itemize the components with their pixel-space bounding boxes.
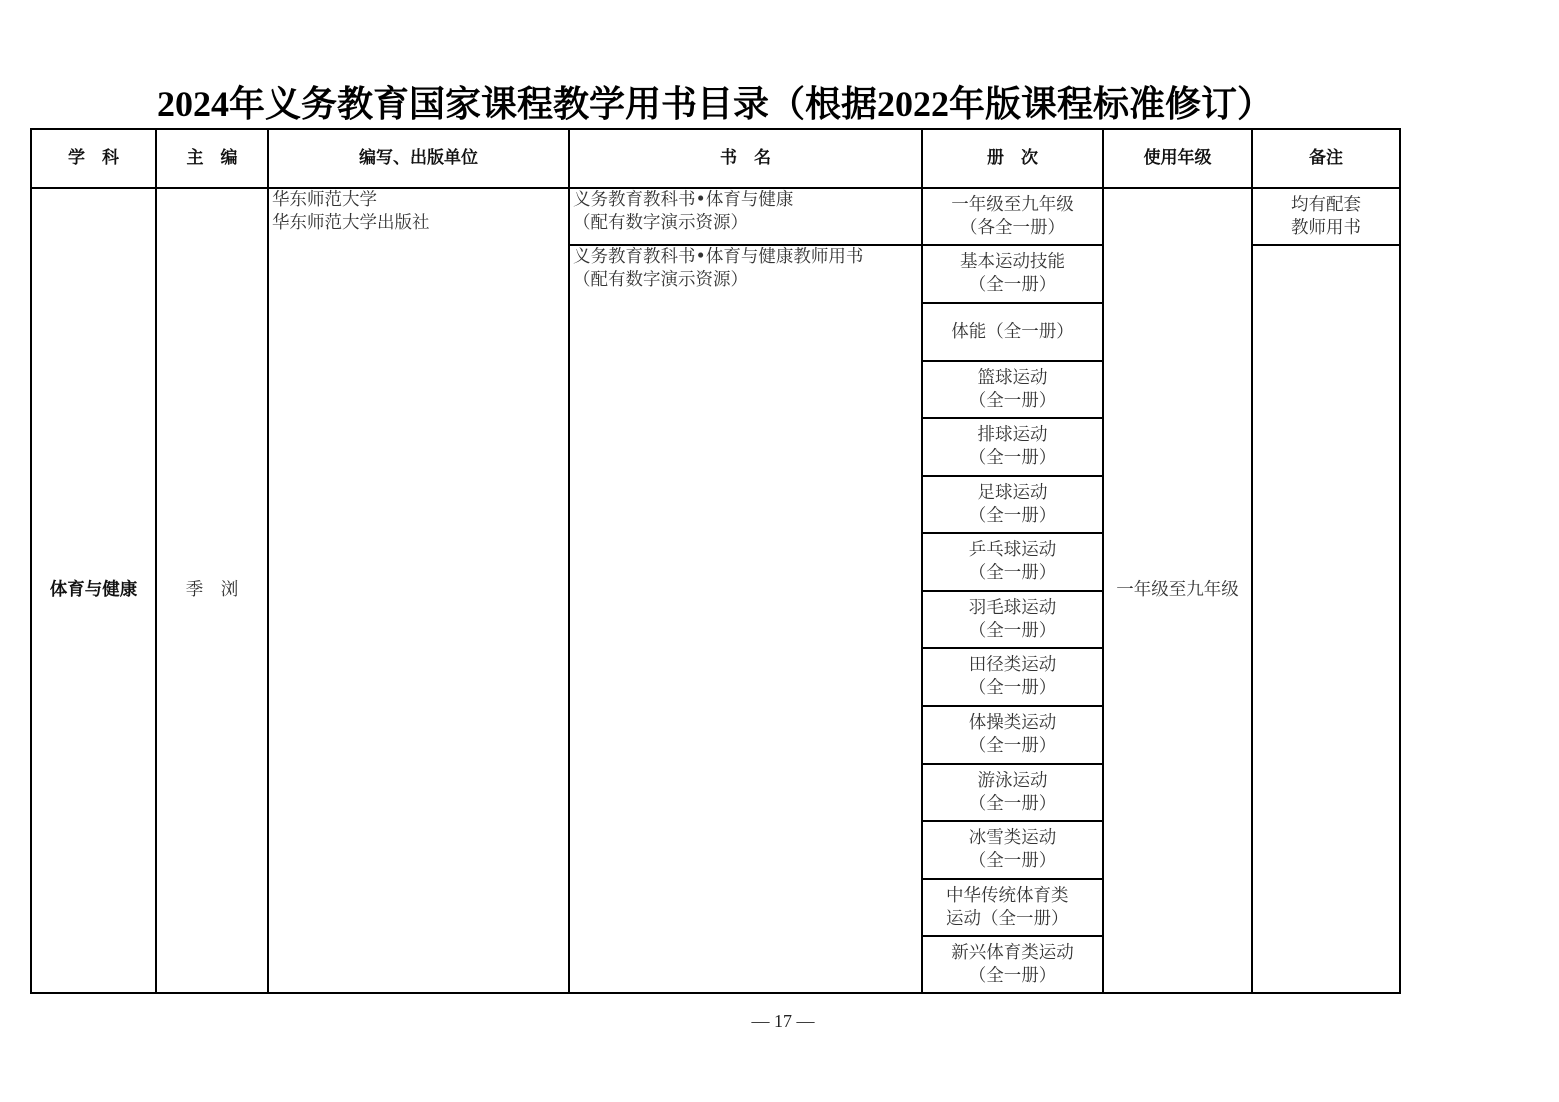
volume-cell: 乒乓球运动（全一册） (921, 532, 1104, 592)
note-cell: 均有配套 教师用书 (1251, 187, 1401, 246)
header-grade: 使用年级 (1102, 128, 1253, 189)
volume-line-1: 一年级至九年级 (951, 194, 1074, 217)
volume-line-1: 足球运动 (978, 482, 1048, 505)
note-line-1: 均有配套 (1291, 194, 1361, 217)
volume-cell: 游泳运动（全一册） (921, 763, 1104, 822)
book-name-line-2: （配有数字演示资源） (573, 269, 748, 292)
volume-line-1: 排球运动 (978, 424, 1048, 447)
volume-line-2: （全一册） (969, 447, 1057, 470)
volume-line-2: （全一册） (969, 505, 1057, 528)
book-name-cell: 义务教育教科书•体育与健康教师用书 （配有数字演示资源） (568, 244, 923, 994)
note-cell-empty (1251, 244, 1401, 994)
volume-cell: 基本运动技能（全一册） (921, 244, 1104, 304)
volume-line-1: 中华传统体育类 (946, 885, 1069, 908)
book-name-cell: 义务教育教科书•体育与健康 （配有数字演示资源） (568, 187, 923, 246)
volume-line-2: （全一册） (969, 562, 1057, 585)
volume-cell: 一年级至九年级 （各全一册） (921, 187, 1104, 246)
volume-line-2: （全一册） (969, 850, 1057, 873)
book-name-line-1: 义务教育教科书•体育与健康 (573, 189, 793, 212)
book-name-line-1: 义务教育教科书•体育与健康教师用书 (573, 246, 863, 269)
publisher-cell: 华东师范大学 华东师范大学出版社 (267, 187, 570, 994)
header-editor: 主 编 (155, 128, 269, 189)
volume-line-2: （全一册） (969, 793, 1057, 816)
volume-line-1: 体操类运动 (969, 712, 1057, 735)
volume-cell: 足球运动（全一册） (921, 475, 1104, 534)
header-publisher: 编写、出版单位 (267, 128, 570, 189)
volume-line-2: （各全一册） (960, 217, 1065, 240)
volume-cell: 羽毛球运动（全一册） (921, 590, 1104, 649)
volume-line-1: 新兴体育类运动 (951, 942, 1074, 965)
volume-cell: 体能（全一册） (921, 302, 1104, 362)
volume-line-2: （全一册） (969, 735, 1057, 758)
volume-cell: 新兴体育类运动（全一册） (921, 935, 1104, 994)
volume-line-1: 体能（全一册） (951, 321, 1074, 344)
volume-cell: 体操类运动（全一册） (921, 705, 1104, 765)
note-line-2: 教师用书 (1291, 217, 1361, 240)
subject-cell: 体育与健康 (30, 187, 157, 994)
grade-cell: 一年级至九年级 (1102, 187, 1253, 994)
volume-cell: 篮球运动（全一册） (921, 360, 1104, 419)
volume-line-2: （全一册） (969, 965, 1057, 988)
volume-line-1: 羽毛球运动 (969, 597, 1057, 620)
book-name-line-2: （配有数字演示资源） (573, 212, 748, 235)
volume-line-2: （全一册） (969, 677, 1057, 700)
volume-line-2: （全一册） (969, 390, 1057, 413)
header-note: 备注 (1251, 128, 1401, 189)
header-subject: 学 科 (30, 128, 157, 189)
volume-cell: 中华传统体育类运动（全一册） (921, 878, 1104, 937)
volume-line-1: 篮球运动 (978, 367, 1048, 390)
header-book-name: 书 名 (568, 128, 923, 189)
volume-line-1: 游泳运动 (978, 770, 1048, 793)
volume-line-2: （全一册） (969, 620, 1057, 643)
publisher-line-1: 华东师范大学 (272, 189, 377, 212)
publisher-line-2: 华东师范大学出版社 (272, 212, 430, 235)
document-title: 2024年义务教育国家课程教学用书目录（根据2022年版课程标准修订） (0, 76, 1430, 127)
volume-line-1: 基本运动技能 (960, 251, 1065, 274)
page-number: — 17 — (0, 1011, 1559, 1032)
volume-cell: 冰雪类运动（全一册） (921, 820, 1104, 880)
volume-line-2: （全一册） (969, 274, 1057, 297)
volume-cell: 排球运动（全一册） (921, 417, 1104, 477)
volume-line-1: 冰雪类运动 (969, 827, 1057, 850)
volume-cell: 田径类运动（全一册） (921, 647, 1104, 707)
header-volume: 册 次 (921, 128, 1104, 189)
editor-cell: 季 浏 (155, 187, 269, 994)
volume-line-2: 运动（全一册） (946, 908, 1069, 931)
volume-line-1: 乒乓球运动 (969, 539, 1057, 562)
volume-line-1: 田径类运动 (969, 654, 1057, 677)
